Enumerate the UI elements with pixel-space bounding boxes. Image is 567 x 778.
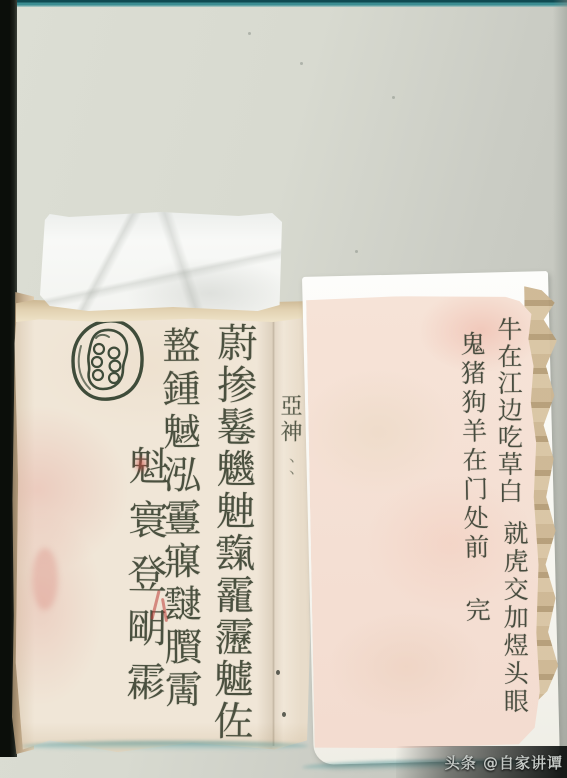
book-bottom-shadow (22, 741, 308, 751)
right-column-2-end: 完 (464, 597, 489, 622)
dust-speck (392, 96, 395, 99)
right-column-2-top: 鬼猪狗羊在门处前 (459, 331, 488, 563)
ink-speck (276, 670, 280, 675)
left-manuscript-page: 蔚掺鬈魕䰠霼靇靋魖佐 盩鍾魊泓霻寱靆臔霌 魁寰登朙霦 亞神 丶丶 (14, 298, 310, 754)
dust-speck (300, 62, 303, 65)
circled-beads-seal-icon (66, 316, 148, 404)
dust-speck (248, 32, 251, 35)
right-column-1-bottom: 就虎交加煜头眼 (502, 520, 527, 716)
red-ink-dot (136, 458, 146, 470)
ink-speck (282, 712, 286, 717)
red-stain (32, 548, 58, 610)
talisman-column-right: 蔚掺鬈魕䰠霼靇靋魖佐 (210, 322, 254, 742)
right-manuscript-page: 牛在江边吃草白 就虎交加煜头眼 鬼猪狗羊在门处前 完 (306, 294, 547, 750)
fold-edge-text: 亞神 (278, 394, 300, 446)
scanned-manuscript-photo: 蔚掺鬈魕䰠霼靇靋魖佐 盩鍾魊泓霻寱靆臔霌 魁寰登朙霦 亞神 丶丶 牛在江边吃草白… (0, 0, 567, 778)
watermark-band: 头条 @自家讲谭 (396, 746, 567, 778)
fold-edge-dots: 丶丶 (284, 456, 294, 480)
page-fold-crease (272, 306, 275, 746)
dust-speck (355, 250, 358, 253)
talisman-column-left: 魁寰登朙霦 (122, 445, 166, 716)
right-column-1-top: 牛在江边吃草白 (496, 316, 522, 505)
tucked-white-paper (40, 211, 282, 311)
scanner-teal-edge (0, 0, 567, 7)
watermark-text: 头条 @自家讲谭 (445, 752, 563, 773)
